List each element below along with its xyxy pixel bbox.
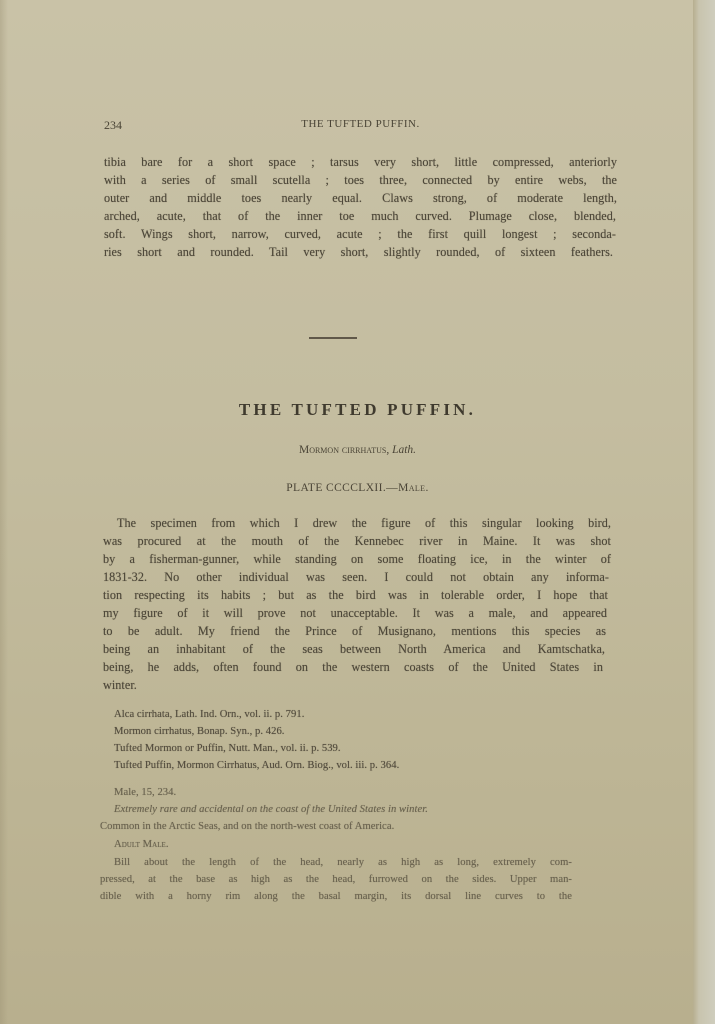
text-line: tibia bare for a short space ; tarsus ve… <box>104 154 617 170</box>
text-line: being, he adds, often found on the weste… <box>103 659 603 675</box>
text-line: by a fisherman-gunner, while standing on… <box>103 551 611 567</box>
text-line: tion respecting its habits ; but as the … <box>103 587 608 603</box>
synonym-entry: Tufted Mormon or Puffin, Nutt. Man., vol… <box>114 741 341 757</box>
text-line: soft. Wings short, narrow, curved, acute… <box>104 226 616 242</box>
text-line: Bill about the length of the head, nearl… <box>114 855 572 871</box>
text-line: 1831-32. No other individual was seen. I… <box>103 569 609 585</box>
text-line: dible with a horny rim along the basal m… <box>100 889 572 905</box>
text-line: winter. <box>103 677 137 693</box>
text-line: The specimen from which I drew the figur… <box>117 515 611 531</box>
text-line: arched, acute, that of the inner toe muc… <box>104 208 616 224</box>
synonym-entry: Mormon cirrhatus, Bonap. Syn., p. 426. <box>114 724 285 740</box>
text-line: was procured at the mouth of the Kennebe… <box>103 533 611 549</box>
text-line: my figure of it will prove not unaccepta… <box>103 605 607 621</box>
text-line: being an inhabitant of the seas between … <box>103 641 605 657</box>
synonym-entry: Tufted Puffin, Mormon Cirrhatus, Aud. Or… <box>114 758 399 774</box>
text-line: pressed, at the base as high as the head… <box>100 872 572 888</box>
running-head: 234 THE TUFTED PUFFIN. <box>104 118 617 134</box>
text-line: outer and middle toes nearly equal. Claw… <box>104 190 617 206</box>
subheading: Adult Male. <box>114 837 169 853</box>
section-divider <box>309 337 357 339</box>
authority: Lath. <box>392 444 416 456</box>
page-edge <box>693 0 715 1024</box>
range-text: Extremely rare and accidental on the coa… <box>114 802 428 818</box>
synonym-entry: Alca cirrhata, Lath. Ind. Orn., vol. ii.… <box>114 707 304 723</box>
section-title: THE TUFTED PUFFIN. <box>0 400 715 420</box>
text-line: to be adult. My friend the Prince of Mus… <box>103 623 606 639</box>
running-title: THE TUFTED PUFFIN. <box>104 118 617 130</box>
range-text: Common in the Arctic Seas, and on the no… <box>100 819 394 835</box>
scientific-name-line: Mormon cirrhatus, Lath. <box>0 444 715 456</box>
scientific-name: Mormon cirrhatus <box>299 444 386 456</box>
plate-caption: PLATE CCCCLXII.—Male. <box>0 482 715 494</box>
text-line: with a series of small scutella ; toes t… <box>104 172 617 188</box>
text-line: ries short and rounded. Tail very short,… <box>104 244 613 260</box>
measure: Male, 15, 234. <box>114 785 176 801</box>
